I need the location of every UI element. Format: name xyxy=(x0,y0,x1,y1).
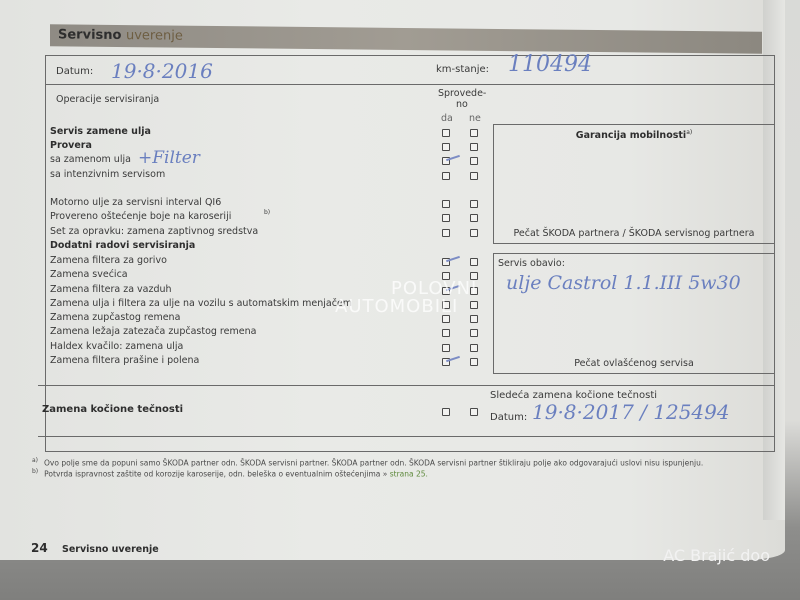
watermark-line2: AUTOMOBILI xyxy=(335,298,477,316)
mobility-guarantee-box: Garancija mobilnostia) Pečat ŠKODA partn… xyxy=(493,124,775,244)
da-checkbox[interactable] xyxy=(442,358,450,366)
brake-fluid-box: Zamena kočione tečnosti Sledeća zamena k… xyxy=(38,385,775,437)
date-value[interactable]: 19·8·2016 xyxy=(111,59,213,83)
da-checkbox[interactable] xyxy=(442,344,450,352)
done-heading-2: no xyxy=(456,99,468,110)
brake-fluid-label: Zamena kočione tečnosti xyxy=(42,404,183,415)
operation-label: Motorno ulje za servisni interval QI6 xyxy=(50,197,221,208)
page-link[interactable]: strana 25. xyxy=(390,470,428,479)
ne-checkbox[interactable] xyxy=(470,329,478,337)
service-by-box: Servis obavio: ulje Castrol 1.1.III 5w30… xyxy=(493,253,775,374)
section-header: Servisno uverenje xyxy=(50,24,762,53)
ne-checkbox[interactable] xyxy=(470,129,478,137)
km-value[interactable]: 110494 xyxy=(508,52,592,77)
operation-label: Zamena ulja i filtera za ulje na vozilu … xyxy=(50,298,352,309)
footer-section: Servisno uverenje xyxy=(62,544,159,555)
service-by-label: Servis obavio: xyxy=(498,258,565,269)
operation-row: Dodatni radovi servisiranja xyxy=(46,240,486,254)
operation-row: Zamena filtera za gorivo xyxy=(46,255,486,269)
operation-label: Provera xyxy=(50,140,92,151)
operation-label: Haldex kvačilo: zamena ulja xyxy=(50,341,183,352)
operation-label: Zamena svećica xyxy=(50,269,128,280)
footnote-b: b)Potvrda ispravnost zaštite od korozije… xyxy=(32,468,428,479)
document-page: Servisno uverenje Datum: 19·8·2016 km-st… xyxy=(0,0,785,560)
operation-label: sa intenzivnim servisom xyxy=(50,169,165,180)
title-rest: uverenje xyxy=(126,28,183,44)
ne-checkbox[interactable] xyxy=(470,358,478,366)
footnote-a: a)Ovo polje sme da popuni samo ŠKODA par… xyxy=(32,457,703,468)
credit-text: AC Brajić doo xyxy=(663,546,770,565)
service-certificate-form: Datum: 19·8·2016 km-stanje: 110494 Opera… xyxy=(45,55,775,452)
da-checkbox[interactable] xyxy=(442,172,450,180)
yes-label: da xyxy=(441,113,453,124)
operation-row: Haldex kvačilo: zamena ulja xyxy=(46,341,486,355)
operation-label: sa zamenom ulja xyxy=(50,154,131,165)
ne-checkbox[interactable] xyxy=(470,344,478,352)
page-number: 24 xyxy=(31,541,48,555)
ne-checkbox[interactable] xyxy=(470,315,478,323)
da-checkbox[interactable] xyxy=(442,200,450,208)
ne-checkbox[interactable] xyxy=(470,200,478,208)
operations-heading: Operacije servisiranja xyxy=(56,94,159,105)
ne-checkbox[interactable] xyxy=(470,143,478,151)
operation-label: Zamena filtera za vazduh xyxy=(50,284,172,295)
service-stamp-label: Pečat ovlašćenog servisa xyxy=(494,358,774,369)
mobility-title: Garancija mobilnostia) xyxy=(494,129,774,141)
done-heading: Sprovede- xyxy=(438,88,486,99)
title-bold: Servisno xyxy=(58,27,121,43)
brake-fluid-da-checkbox[interactable] xyxy=(442,408,450,416)
ne-checkbox[interactable] xyxy=(470,229,478,237)
operation-label: Zamena filtera prašine i polena xyxy=(50,355,199,366)
operation-label: Dodatni radovi servisiranja xyxy=(50,240,195,251)
da-checkbox[interactable] xyxy=(442,214,450,222)
operation-row: Provera xyxy=(46,140,486,154)
handwritten-note[interactable]: +Filter xyxy=(138,148,200,168)
operation-row: Set za opravku: zamena zaptivnog sredstv… xyxy=(46,226,486,240)
operation-row: Zamena ležaja zatezača zupčastog remena xyxy=(46,326,486,340)
service-by-handwritten[interactable]: ulje Castrol 1.1.III 5w30 xyxy=(506,272,741,294)
da-checkbox[interactable] xyxy=(442,258,450,266)
operation-label: Provereno oštećenje boje na karoseriji xyxy=(50,211,231,222)
date-label: Datum: xyxy=(56,66,93,77)
operation-label: Servis zamene ulja xyxy=(50,126,151,137)
operation-row: Zamena filtera prašine i polena xyxy=(46,355,486,369)
km-label: km-stanje: xyxy=(436,64,489,75)
ne-checkbox[interactable] xyxy=(470,157,478,165)
ne-checkbox[interactable] xyxy=(470,258,478,266)
next-date-label: Datum: xyxy=(490,412,527,423)
no-label: ne xyxy=(469,113,481,124)
da-checkbox[interactable] xyxy=(442,143,450,151)
operation-row: sa intenzivnim servisom xyxy=(46,169,486,183)
operation-row: Provereno oštećenje boje na karoserijib) xyxy=(46,211,486,225)
da-checkbox[interactable] xyxy=(442,129,450,137)
operation-label: Zamena filtera za gorivo xyxy=(50,255,167,266)
ne-checkbox[interactable] xyxy=(470,172,478,180)
operation-label: Zamena ležaja zatezača zupčastog remena xyxy=(50,326,256,337)
watermark: POLOVNI AUTOMOBILI xyxy=(335,280,477,316)
ne-checkbox[interactable] xyxy=(470,214,478,222)
next-date-value[interactable]: 19·8·2017 / 125494 xyxy=(532,400,730,424)
mobility-stamp-label: Pečat ŠKODA partnera / ŠKODA servisnog p… xyxy=(494,228,774,239)
brake-fluid-ne-checkbox[interactable] xyxy=(470,408,478,416)
operation-label: Zamena zupčastog remena xyxy=(50,312,180,323)
operation-row: sa zamenom ulja+Filter xyxy=(46,154,486,168)
divider xyxy=(46,84,774,85)
da-checkbox[interactable] xyxy=(442,329,450,337)
da-checkbox[interactable] xyxy=(442,229,450,237)
operation-label: Set za opravku: zamena zaptivnog sredstv… xyxy=(50,226,258,237)
section-title: Servisno uverenje xyxy=(58,27,183,43)
operation-row: Servis zamene ulja xyxy=(46,126,486,140)
da-checkbox[interactable] xyxy=(442,157,450,165)
